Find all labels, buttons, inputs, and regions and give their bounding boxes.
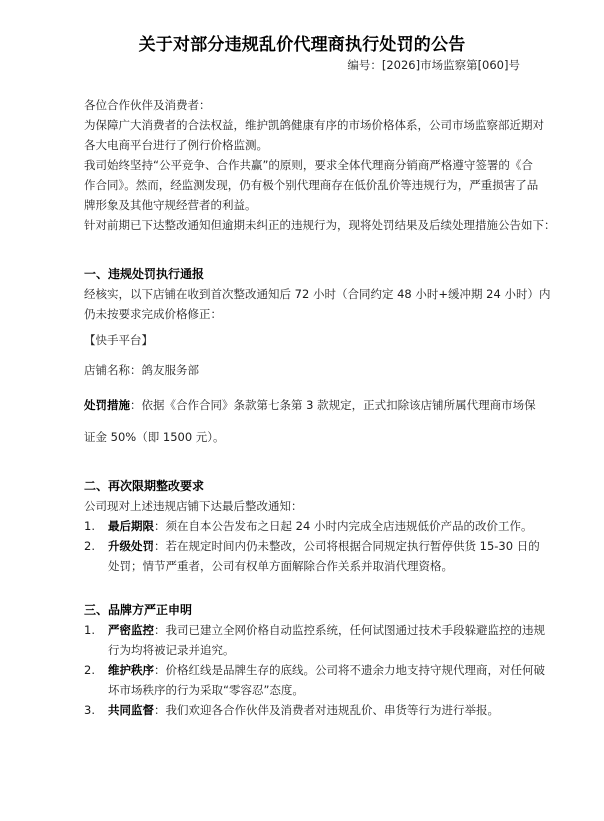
- intro-line: 牌形象及其他守规经营者的利益。: [84, 198, 257, 212]
- section1-line: 经核实，以下店铺在收到首次整改通知后 72 小时（合同约定 48 小时+缓冲期 …: [84, 287, 550, 301]
- intro-line: 作合同》。然而，经监测发现，仍有极个别代理商存在低价乱价等违规行为，严重损害了品: [84, 178, 538, 192]
- document-title: 关于对部分违规乱价代理商执行处罚的公告: [0, 30, 604, 55]
- penalty-line-2: 证金 50%（即 1500 元）。: [84, 430, 225, 444]
- list-item-continuation: 坏市场秩序的行为采取“零容忍”态度。: [108, 683, 304, 697]
- list-number: 3.: [84, 703, 95, 717]
- list-item-label: 严密监控: [108, 623, 154, 637]
- intro-line: 我司始终坚持“公平竞争、合作共赢”的原则，要求全体代理商分销商严格遵守签署的《合: [84, 158, 533, 172]
- intro-line: 为保障广大消费者的合法权益，维护凯鸽健康有序的市场价格体系，公司市场监察部近期对: [84, 118, 544, 132]
- list-item: 严密监控：我司已建立全网价格自动监控系统，任何试图通过技术手段躲避监控的违规: [108, 623, 545, 637]
- penalty-line: 处罚措施：依据《合作合同》条款第七条第 3 款规定，正式扣除该店铺所属代理商市场…: [84, 398, 536, 412]
- list-item-text: ：须在自本公告发布之日起 24 小时内完成全店违规低价产品的改价工作。: [154, 519, 532, 533]
- platform-label: 【快手平台】: [84, 333, 153, 347]
- document-number: 编号：[2026]市场监察第[060]号: [347, 57, 520, 73]
- list-number: 1.: [84, 623, 95, 637]
- list-item-text: ：我们欢迎各合作伙伴及消费者对违规乱价、串货等行为进行举报。: [154, 703, 499, 717]
- section-heading-2: 二、再次限期整改要求: [84, 479, 204, 493]
- list-item-text: ：我司已建立全网价格自动监控系统，任何试图通过技术手段躲避监控的违规: [154, 623, 545, 637]
- penalty-label: 处罚措施: [84, 398, 130, 412]
- list-item-continuation: 行为均将被记录并追究。: [108, 643, 235, 657]
- list-item-label: 升级处罚: [108, 539, 154, 553]
- intro-line: 各大电商平台进行了例行价格监测。: [84, 138, 268, 152]
- intro-line: 针对前期已下达整改通知但逾期未纠正的违规行为，现将处罚结果及后续处理措施公告如下…: [84, 218, 556, 232]
- list-number: 2.: [84, 663, 95, 677]
- list-item: 维护秩序：价格红线是品牌生存的底线。公司将不遗余力地支持守规代理商，对任何破: [108, 663, 545, 677]
- list-item-text: ：价格红线是品牌生存的底线。公司将不遗余力地支持守规代理商，对任何破: [154, 663, 545, 677]
- list-item: 最后期限：须在自本公告发布之日起 24 小时内完成全店违规低价产品的改价工作。: [108, 519, 532, 533]
- penalty-text: ：依据《合作合同》条款第七条第 3 款规定，正式扣除该店铺所属代理商市场保: [130, 398, 536, 412]
- section2-intro: 公司现对上述违规店铺下达最后整改通知：: [84, 499, 303, 513]
- list-item: 共同监督：我们欢迎各合作伙伴及消费者对违规乱价、串货等行为进行举报。: [108, 703, 499, 717]
- section1-line: 仍未按要求完成价格修正：: [84, 307, 222, 321]
- section-heading-3: 三、品牌方严正申明: [84, 603, 192, 617]
- list-item-text: ：若在规定时间内仍未整改，公司将根据合同规定执行暂停供货 15-30 日的: [154, 539, 540, 553]
- list-item-label: 维护秩序: [108, 663, 154, 677]
- list-number: 1.: [84, 519, 95, 533]
- list-item: 升级处罚：若在规定时间内仍未整改，公司将根据合同规定执行暂停供货 15-30 日…: [108, 539, 540, 553]
- salutation: 各位合作伙伴及消费者：: [84, 98, 211, 112]
- list-number: 2.: [84, 539, 95, 553]
- list-item-label: 共同监督: [108, 703, 154, 717]
- shop-name: 店铺名称：鸽友服务部: [84, 363, 199, 377]
- list-item-label: 最后期限: [108, 519, 154, 533]
- section-heading-1: 一、违规处罚执行通报: [84, 267, 204, 281]
- document-page: 关于对部分违规乱价代理商执行处罚的公告 编号：[2026]市场监察第[060]号…: [0, 0, 604, 821]
- list-item-continuation: 处罚；情节严重者，公司有权单方面解除合作关系并取消代理资格。: [108, 559, 453, 573]
